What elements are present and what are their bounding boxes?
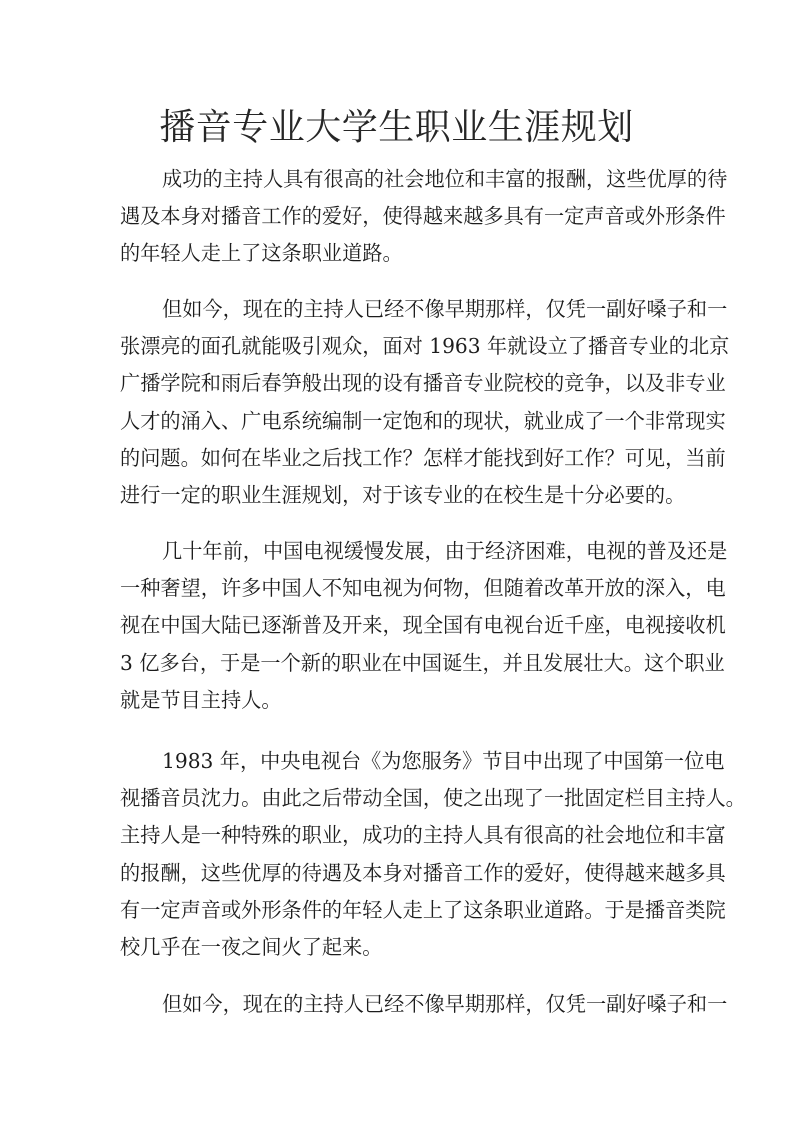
paragraph-line: 但如今，现在的主持人已经不像早期那样，仅凭一副好嗓子和一: [120, 986, 673, 1023]
paragraph-line: 遇及本身对播音工作的爱好，使得越来越多具有一定声音或外形条件: [120, 198, 673, 235]
paragraph-line: 就是节目主持人。: [120, 682, 673, 719]
paragraph-line: 主持人是一种特殊的职业，成功的主持人具有很高的社会地位和丰富: [120, 817, 673, 854]
paragraph-line: 人才的涌入、广电系统编制一定饱和的现状，就业成了一个非常现实: [120, 403, 673, 440]
paragraph-1: 成功的主持人具有很高的社会地位和丰富的报酬，这些优厚的待 遇及本身对播音工作的爱…: [120, 161, 673, 273]
paragraph-3: 几十年前，中国电视缓慢发展，由于经济困难，电视的普及还是 一种奢望，许多中国人不…: [120, 533, 673, 719]
paragraph-5: 但如今，现在的主持人已经不像早期那样，仅凭一副好嗓子和一: [120, 986, 673, 1023]
paragraph-line: 几十年前，中国电视缓慢发展，由于经济困难，电视的普及还是: [120, 533, 673, 570]
paragraph-line: 一种奢望，许多中国人不知电视为何物，但随着改革开放的深入，电: [120, 570, 673, 607]
paragraph-line: 成功的主持人具有很高的社会地位和丰富的报酬，这些优厚的待: [120, 161, 673, 198]
paragraph-line: 的年轻人走上了这条职业道路。: [120, 235, 673, 272]
paragraph-line: 的报酬，这些优厚的待遇及本身对播音工作的爱好，使得越来越多具: [120, 855, 673, 892]
paragraph-line: 有一定声音或外形条件的年轻人走上了这条职业道路。于是播音类院: [120, 892, 673, 929]
paragraph-line: 进行一定的职业生涯规划，对于该专业的在校生是十分必要的。: [120, 477, 673, 514]
paragraph-line: 的问题。如何在毕业之后找工作？怎样才能找到好工作？可见，当前: [120, 440, 673, 477]
document-title: 播音专业大学生职业生涯规划: [0, 103, 793, 153]
paragraph-line: 广播学院和雨后春笋般出现的设有播音专业院校的竞争，以及非专业: [120, 365, 673, 402]
paragraph-line: 1983 年，中央电视台《为您服务》节目中出现了中国第一位电: [120, 743, 673, 780]
paragraph-line: 3 亿多台，于是一个新的职业在中国诞生，并且发展壮大。这个职业: [120, 645, 673, 682]
paragraph-line: 视播音员沈力。由此之后带动全国，使之出现了一批固定栏目主持人。: [120, 780, 673, 817]
document-page: 播音专业大学生职业生涯规划 成功的主持人具有很高的社会地位和丰富的报酬，这些优厚…: [0, 0, 793, 1122]
paragraph-line: 但如今，现在的主持人已经不像早期那样，仅凭一副好嗓子和一: [120, 291, 673, 328]
paragraph-line: 视在中国大陆已逐渐普及开来，现全国有电视台近千座，电视接收机: [120, 607, 673, 644]
paragraph-4: 1983 年，中央电视台《为您服务》节目中出现了中国第一位电 视播音员沈力。由此…: [120, 743, 673, 966]
paragraph-line: 校几乎在一夜之间火了起来。: [120, 929, 673, 966]
paragraph-2: 但如今，现在的主持人已经不像早期那样，仅凭一副好嗓子和一 张漂亮的面孔就能吸引观…: [120, 291, 673, 514]
paragraph-line: 张漂亮的面孔就能吸引观众，面对 1963 年就设立了播音专业的北京: [120, 328, 673, 365]
